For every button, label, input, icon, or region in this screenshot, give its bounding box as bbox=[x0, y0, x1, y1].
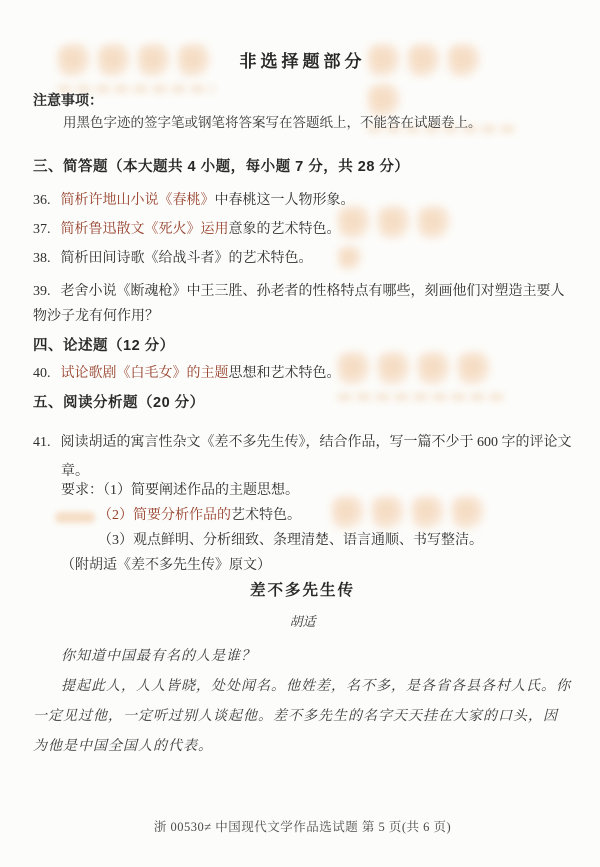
question-39-text: 老舍小说《断魂枪》中王三胜、孙老者的性格特点有哪些，刻画他们对塑造主要人物沙子龙… bbox=[33, 284, 565, 324]
question-41-number: 41. bbox=[33, 435, 51, 450]
question-40-text: 思想和艺术特色。 bbox=[229, 366, 341, 381]
exam-page: 非选择题部分 注意事项： 用黑色字迹的签字笔或钢笔将答案写在答题纸上，不能答在试… bbox=[0, 0, 600, 867]
question-38: 38.简析田间诗歌《给战斗者》的艺术特色。 bbox=[33, 249, 572, 269]
section-4-heading: 四、论述题（12 分） bbox=[33, 336, 572, 357]
page-title: 非选择题部分 bbox=[33, 50, 572, 75]
question-41-text: 阅读胡适的寓言性杂文《差不多先生传》，结合作品，写一篇不少于 600 字的评论文… bbox=[61, 435, 572, 479]
question-41-requirement-3: （3）观点鲜明、分析细致、条理清楚、语言通顺、书写整洁。 bbox=[33, 531, 572, 551]
question-41-requirement-1: 要求：（1）简要阐述作品的主题思想。 bbox=[33, 481, 572, 501]
essay-paragraph: 你知道中国最有名的人是谁？ bbox=[33, 642, 572, 672]
requirement-2-text: 艺术特色。 bbox=[231, 508, 301, 523]
question-39: 39.老舍小说《断魂枪》中王三胜、孙老者的性格特点有哪些，刻画他们对塑造主要人物… bbox=[33, 279, 572, 329]
attachment-note: （附胡适《差不多先生传》原文） bbox=[33, 556, 572, 576]
question-41-requirement-2: （2）简要分析作品的艺术特色。 bbox=[33, 506, 572, 526]
question-37-red-text: 简析鲁迅散文《死火》运用 bbox=[61, 222, 229, 237]
page-footer: 浙 00530≠ 中国现代文学作品选试题 第 5 页(共 6 页) bbox=[33, 818, 572, 836]
question-41: 41.阅读胡适的寓言性杂文《差不多先生传》，结合作品，写一篇不少于 600 字的… bbox=[33, 428, 572, 486]
requirement-2-red-text: （2）简要分析作品的 bbox=[98, 508, 231, 523]
question-39-number: 39. bbox=[33, 284, 51, 299]
notice-body: 用黑色字迹的签字笔或钢笔将答案写在答题纸上，不能答在试题卷上。 bbox=[33, 113, 572, 133]
section-5-heading: 五、阅读分析题（20 分） bbox=[33, 393, 572, 414]
question-37: 37.简析鲁迅散文《死火》运用意象的艺术特色。 bbox=[33, 220, 572, 240]
question-36: 36.简析许地山小说《春桃》中春桃这一人物形象。 bbox=[33, 191, 572, 211]
question-38-number: 38. bbox=[33, 251, 51, 266]
question-40-red-text: 试论歌剧《白毛女》的主题 bbox=[61, 366, 229, 381]
question-36-red-text: 简析许地山小说《春桃》 bbox=[61, 193, 215, 208]
notice-heading: 注意事项： bbox=[33, 90, 572, 110]
section-3-heading: 三、简答题（本大题共 4 小题，每小题 7 分，共 28 分） bbox=[33, 157, 572, 178]
essay-paragraph: 提起此人，人人皆晓，处处闻名。他姓差，名不多，是各省各县各村人氏。你一定见过他，… bbox=[33, 672, 572, 762]
question-40-number: 40. bbox=[33, 366, 51, 381]
question-38-text: 简析田间诗歌《给战斗者》的艺术特色。 bbox=[61, 251, 313, 266]
essay-author: 胡适 bbox=[33, 613, 572, 632]
question-36-text: 中春桃这一人物形象。 bbox=[215, 193, 355, 208]
question-37-number: 37. bbox=[33, 222, 51, 237]
question-40: 40.试论歌剧《白毛女》的主题思想和艺术特色。 bbox=[33, 364, 572, 384]
essay-title: 差不多先生传 bbox=[33, 580, 572, 602]
question-37-text: 意象的艺术特色。 bbox=[229, 222, 341, 237]
question-36-number: 36. bbox=[33, 193, 51, 208]
